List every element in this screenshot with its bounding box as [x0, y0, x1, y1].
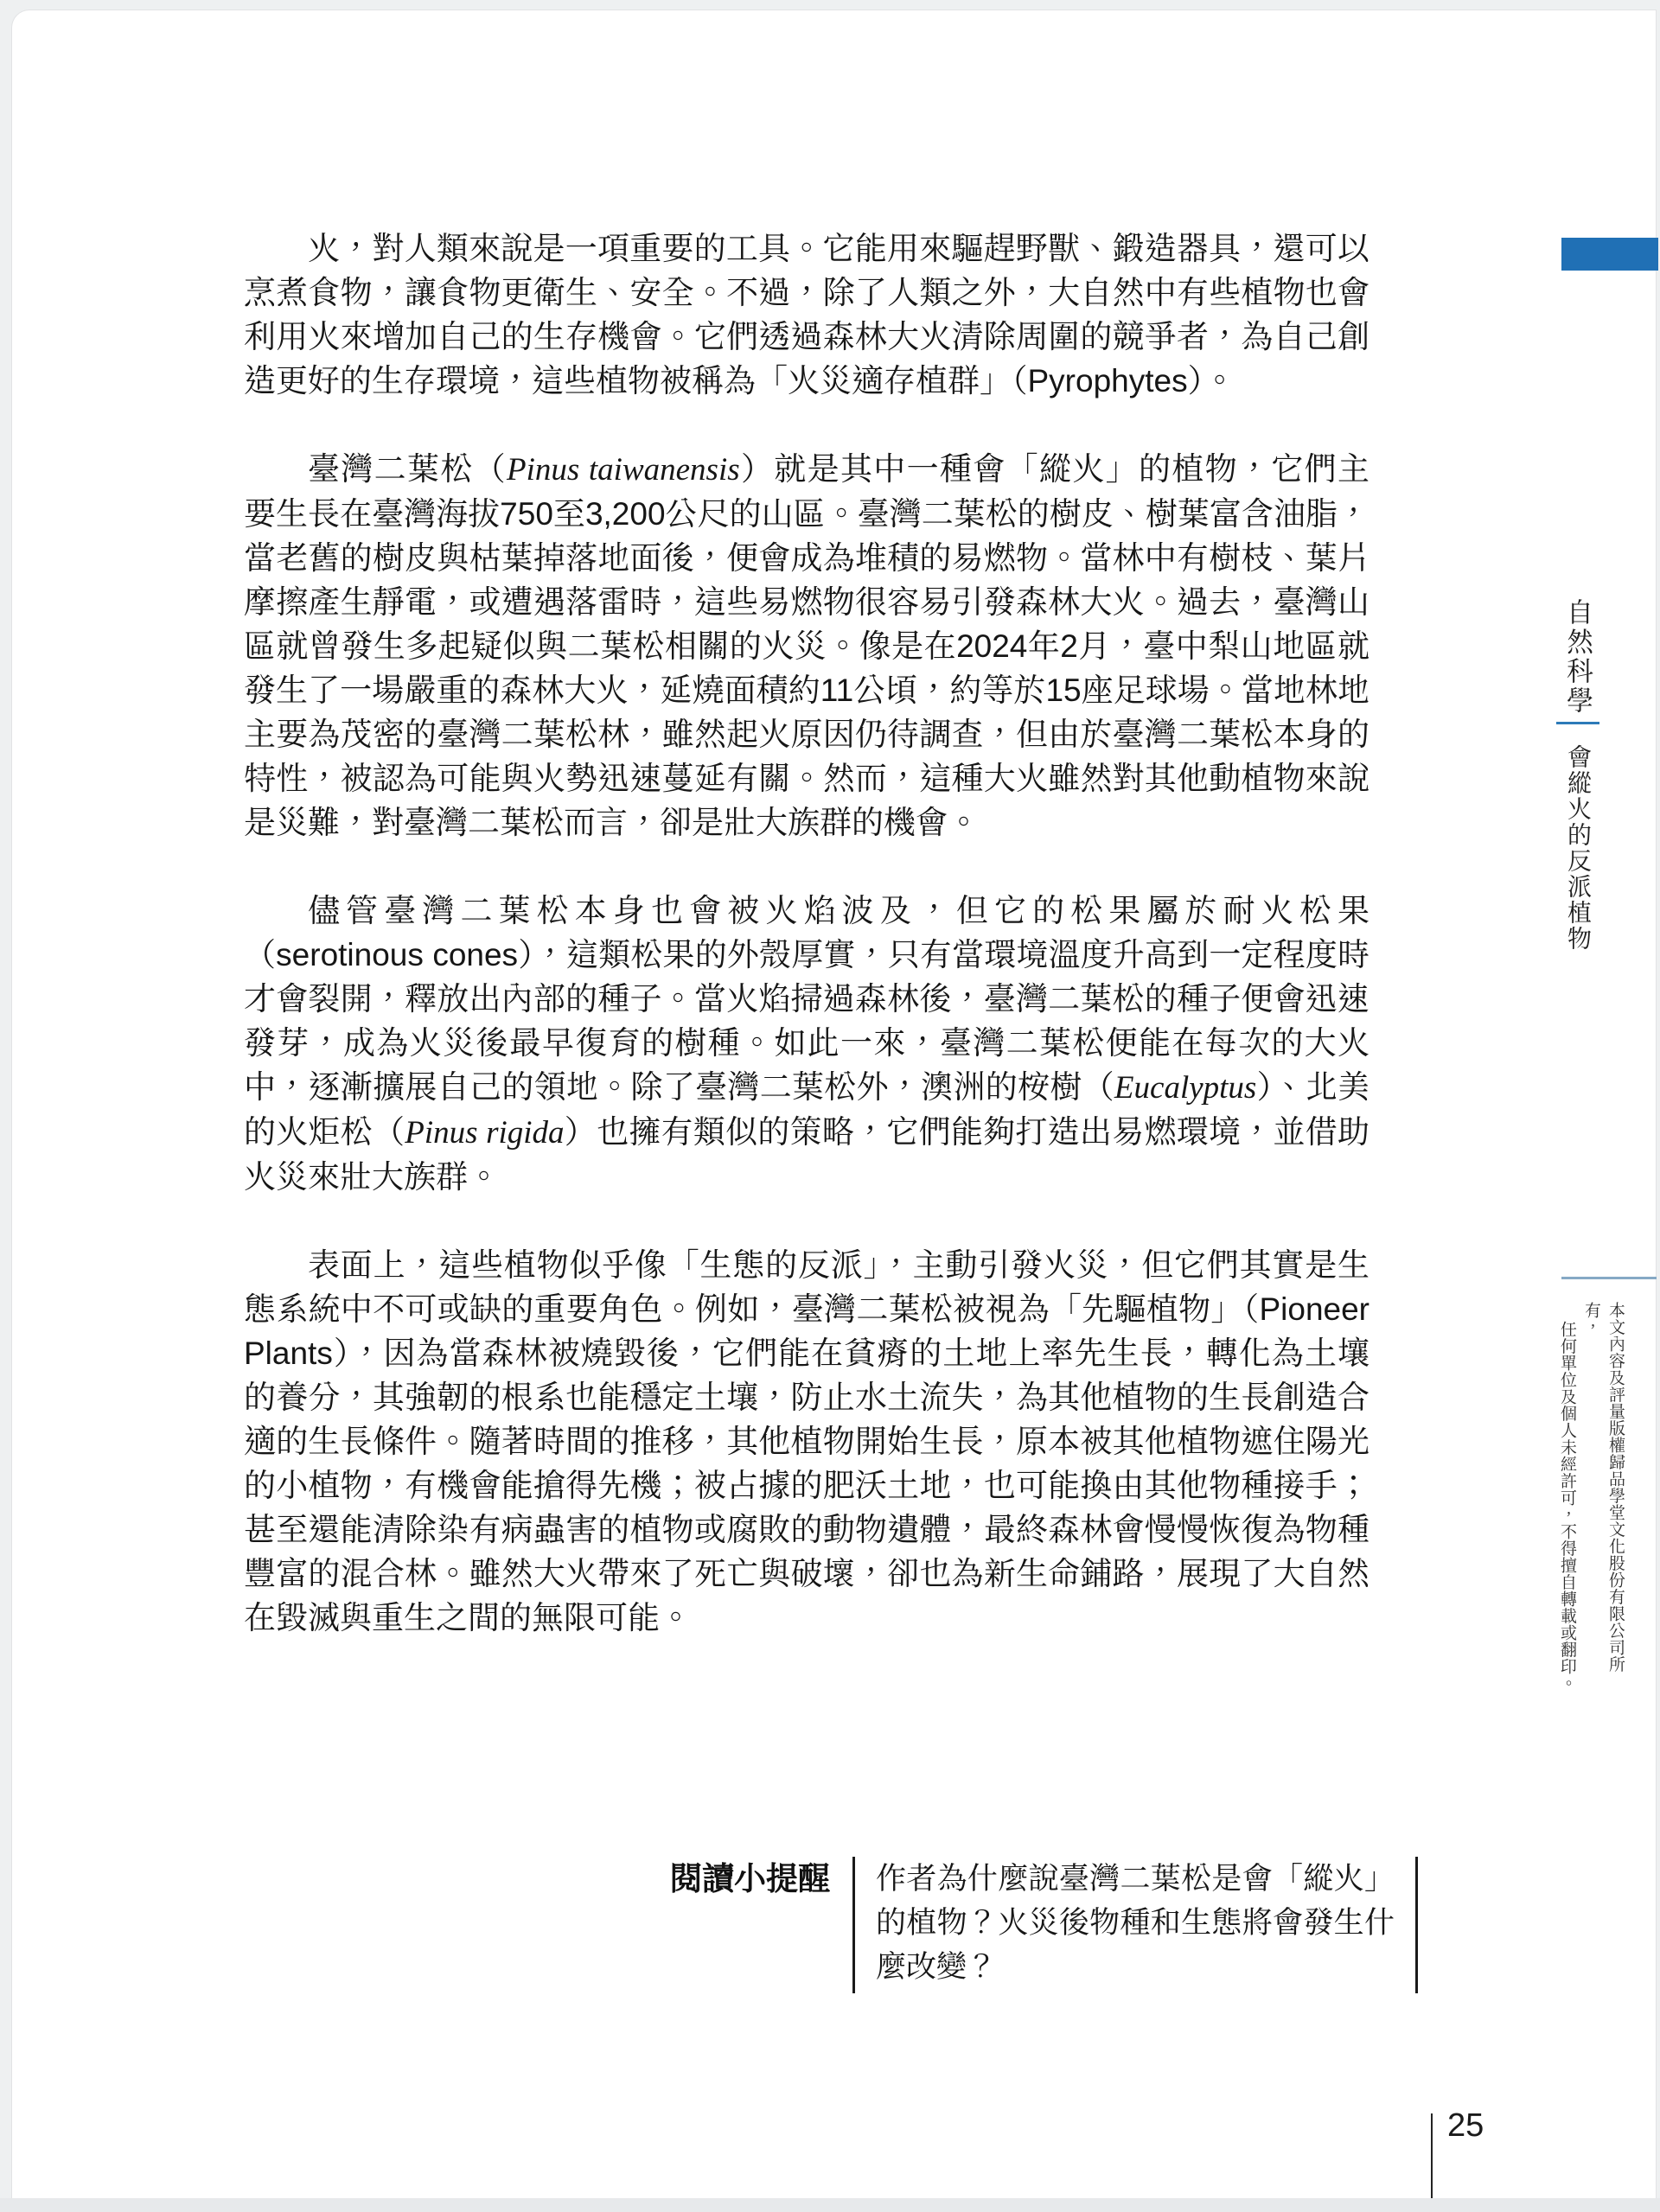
- text-segment: serotinous cones: [276, 937, 518, 972]
- reading-reminder-question: 作者為什麼說臺灣二葉松是會「縱火」的植物？火災後物種和生態將會發生什麼改變？: [876, 1857, 1395, 1989]
- copyright-divider-line: [1561, 1277, 1657, 1279]
- article-body: 火，對人類來說是一項重要的工具。它能用來驅趕野獸、鍛造器具，還可以烹煮食物，讓食…: [244, 226, 1369, 1640]
- text-segment: Pinus rigida: [405, 1115, 564, 1151]
- text-segment: 表面上，這些植物似乎像「生態的反派」，主動引發火災，但它們其實是生態系統中不可或…: [244, 1247, 1369, 1327]
- paragraph-2: 臺灣二葉松（Pinus taiwanensis）就是其中一種會「縱火」的植物，它…: [244, 447, 1369, 845]
- paragraph-4: 表面上，這些植物似乎像「生態的反派」，主動引發火災，但它們其實是生態系統中不可或…: [244, 1243, 1369, 1640]
- magazine-page: 火，對人類來說是一項重要的工具。它能用來驅趕野獸、鍛造器具，還可以烹煮食物，讓食…: [0, 0, 1660, 2212]
- text-segment: 臺灣二葉松（: [308, 451, 507, 487]
- text-segment: Pinus taiwanensis: [507, 452, 740, 488]
- sidebar-divider-line: [1556, 722, 1599, 724]
- reading-reminder-label: 閱讀小提醒: [670, 1857, 830, 1901]
- reminder-left-rule: [852, 1857, 855, 1993]
- copyright-notice: 本文內容及評量版權歸品學堂文化股份有限公司所有， 任何單位及個人未經許可，不得擅…: [1555, 1302, 1627, 1705]
- sidebar-article-title: 會縱火的反派植物: [1558, 744, 1598, 952]
- sidebar-category-label: 自然科學: [1556, 598, 1598, 728]
- copyright-line-2: 任何單位及個人未經許可，不得擅自轉載或翻印。: [1555, 1302, 1579, 1705]
- text-segment: Pyrophytes: [1028, 363, 1188, 398]
- text-segment: ）。: [1188, 363, 1236, 398]
- section-accent-bar: [1561, 238, 1658, 271]
- page-number-rule: [1431, 2113, 1433, 2209]
- paragraph-1: 火，對人類來說是一項重要的工具。它能用來驅趕野獸、鍛造器具，還可以烹煮食物，讓食…: [244, 226, 1369, 403]
- text-segment: Eucalyptus: [1114, 1070, 1256, 1106]
- reminder-right-rule: [1415, 1857, 1418, 1993]
- page-number: 25: [1447, 2107, 1484, 2145]
- page-bottom-edge: [0, 2198, 1660, 2212]
- copyright-line-1: 本文內容及評量版權歸品學堂文化股份有限公司所有，: [1579, 1302, 1627, 1705]
- text-segment: ），因為當森林被燒毀後，它們能在貧瘠的土地上率先生長，轉化為土壤的養分，其強韌的…: [244, 1335, 1369, 1635]
- reading-reminder-box: 閱讀小提醒 作者為什麼說臺灣二葉松是會「縱火」的植物？火災後物種和生態將會發生什…: [670, 1857, 1418, 1993]
- text-segment: ）就是其中一種會「縱火」的植物，它們主要生長在臺灣海拔750至3,200公尺的山…: [244, 451, 1369, 840]
- paragraph-3: 儘管臺灣二葉松本身也會被火焰波及，但它的松果屬於耐火松果（serotinous …: [244, 889, 1369, 1199]
